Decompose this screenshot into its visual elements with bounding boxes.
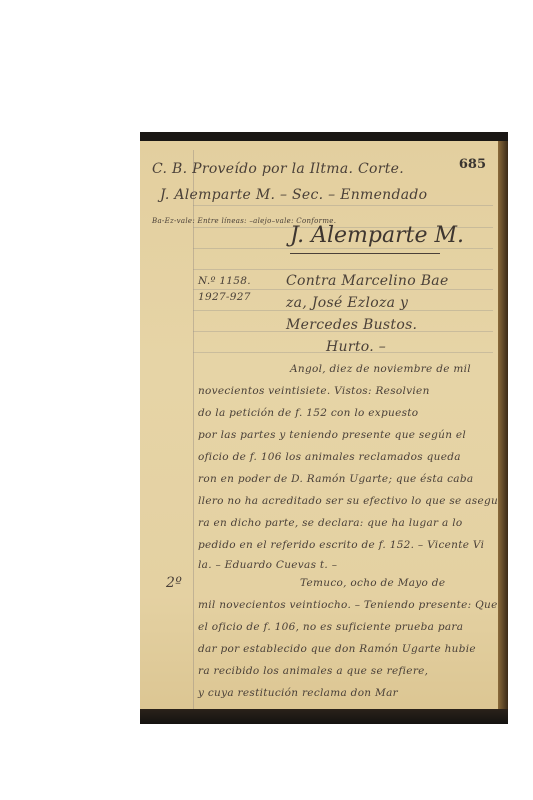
entry-line: ron en poder de D. Ramón Ugarte; que ést… [198, 473, 473, 485]
ledger-page: 685 C. B. Proveído por la Iltma. Corte. … [140, 141, 498, 709]
entry-line: y cuya restitución reclama don Mar [198, 687, 398, 699]
margin-line [193, 150, 194, 718]
page-edge [498, 141, 508, 724]
rule-line [193, 205, 493, 206]
header-line-1: C. B. Proveído por la Iltma. Corte. [152, 161, 404, 177]
entry-line: ra recibido los animales a que se refier… [198, 665, 428, 677]
entry-line: el oficio de f. 106, no es suficiente pr… [198, 621, 463, 633]
entry-line: Temuco, ocho de Mayo de [300, 577, 445, 589]
entry-line: novecientos veintisiete. Vistos: Resolvi… [198, 385, 430, 397]
entry-line: por las partes y teniendo presente que s… [198, 429, 466, 441]
case-date: 1927-927 [198, 291, 251, 303]
entry-line: ra en dicho parte, se declara: que ha lu… [198, 517, 462, 529]
entry-line: dar por establecido que don Ramón Ugarte… [198, 643, 476, 655]
entry-marker: 2º [166, 575, 182, 591]
page-number: 685 [459, 157, 486, 172]
case-title-line: Mercedes Bustos. [286, 317, 417, 333]
case-title-line: Contra Marcelino Bae [286, 273, 449, 289]
entry-line: oficio de f. 106 los animales reclamados… [198, 451, 461, 463]
entry-line: pedido en el referido escrito de f. 152.… [198, 539, 484, 551]
document-photo: 685 C. B. Proveído por la Iltma. Corte. … [140, 132, 508, 724]
case-title-line: za, José Ezloza y [286, 295, 408, 311]
header-line-2: J. Alemparte M. – Sec. – Enmendado [160, 187, 427, 203]
signature: J. Alemparte M. [290, 223, 464, 248]
rule-line [193, 289, 493, 290]
rule-line [193, 269, 493, 270]
case-number: N.º 1158. [198, 275, 251, 287]
case-title-line: Hurto. – [326, 339, 386, 355]
rule-line [193, 248, 493, 249]
entry-line: mil novecientos veintiocho. – Teniendo p… [198, 599, 498, 611]
entry-line: la. – Eduardo Cuevas t. – [198, 559, 337, 571]
book-cover-edge [140, 709, 508, 724]
signature-underline [290, 253, 440, 254]
entry-line: Angol, diez de noviembre de mil [290, 363, 471, 375]
entry-line: llero no ha acreditado ser su efectivo l… [198, 495, 498, 507]
entry-line: do la petición de f. 152 con lo expuesto [198, 407, 418, 419]
